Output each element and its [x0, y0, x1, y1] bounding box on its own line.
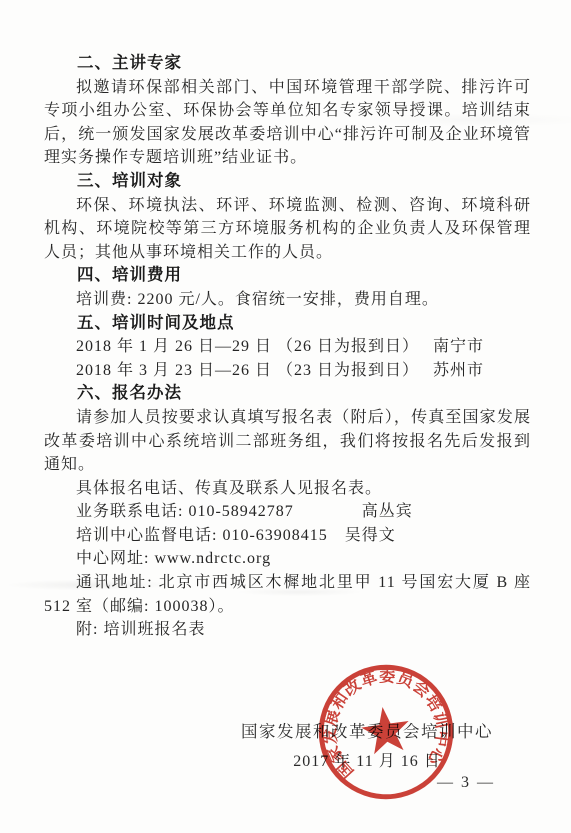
body-paragraph: 中心网址: www.ndrctc.org [44, 547, 531, 571]
body-paragraph: 培训中心监督电话: 010-63908415 吴得文 [44, 524, 531, 548]
section-heading: 五、培训时间及地点 [44, 312, 531, 336]
body-paragraph: 拟邀请环保部相关部门、中国环境管理干部学院、排污许可专项小组办公室、环保协会等单… [44, 76, 531, 170]
body-paragraph: 培训费: 2200 元/人。食宿统一安排，费用自理。 [44, 288, 531, 312]
page-number: — 3 — [437, 774, 495, 792]
signature-block: 国家发展和改革委员会培训中心 2017 年 11 月 16 日 [241, 718, 493, 771]
document-page: 二、主讲专家拟邀请环保部相关部门、中国环境管理干部学院、排污许可专项小组办公室、… [0, 0, 571, 833]
body-paragraph: 附: 培训班报名表 [44, 618, 531, 642]
body-paragraph: 具体报名电话、传真及联系人见报名表。 [44, 477, 531, 501]
body-paragraph: 通讯地址: 北京市西城区木樨地北里甲 11 号国宏大厦 B 座 512 室（邮编… [44, 571, 531, 618]
signature-date: 2017 年 11 月 16 日 [241, 748, 493, 771]
section-heading: 二、主讲专家 [44, 52, 531, 76]
document-body: 二、主讲专家拟邀请环保部相关部门、中国环境管理干部学院、排污许可专项小组办公室、… [44, 52, 531, 642]
body-paragraph: 2018 年 1 月 26 日—29 日 （26 日为报到日） 南宁市 [44, 335, 531, 359]
body-paragraph: 环保、环境执法、环评、环境监测、检测、咨询、环境科研机构、环境院校等第三方环境服… [44, 194, 531, 265]
section-heading: 四、培训费用 [44, 264, 531, 288]
body-paragraph: 2018 年 3 月 23 日—26 日 （23 日为报到日） 苏州市 [44, 359, 531, 383]
body-paragraph: 业务联系电话: 010-58942787 高丛宾 [44, 500, 531, 524]
section-heading: 六、报名办法 [44, 382, 531, 406]
body-paragraph: 请参加人员按要求认真填写报名表（附后），传真至国家发展改革委培训中心系统培训二部… [44, 406, 531, 477]
section-heading: 三、培训对象 [44, 170, 531, 194]
signature-org: 国家发展和改革委员会培训中心 [241, 718, 493, 742]
